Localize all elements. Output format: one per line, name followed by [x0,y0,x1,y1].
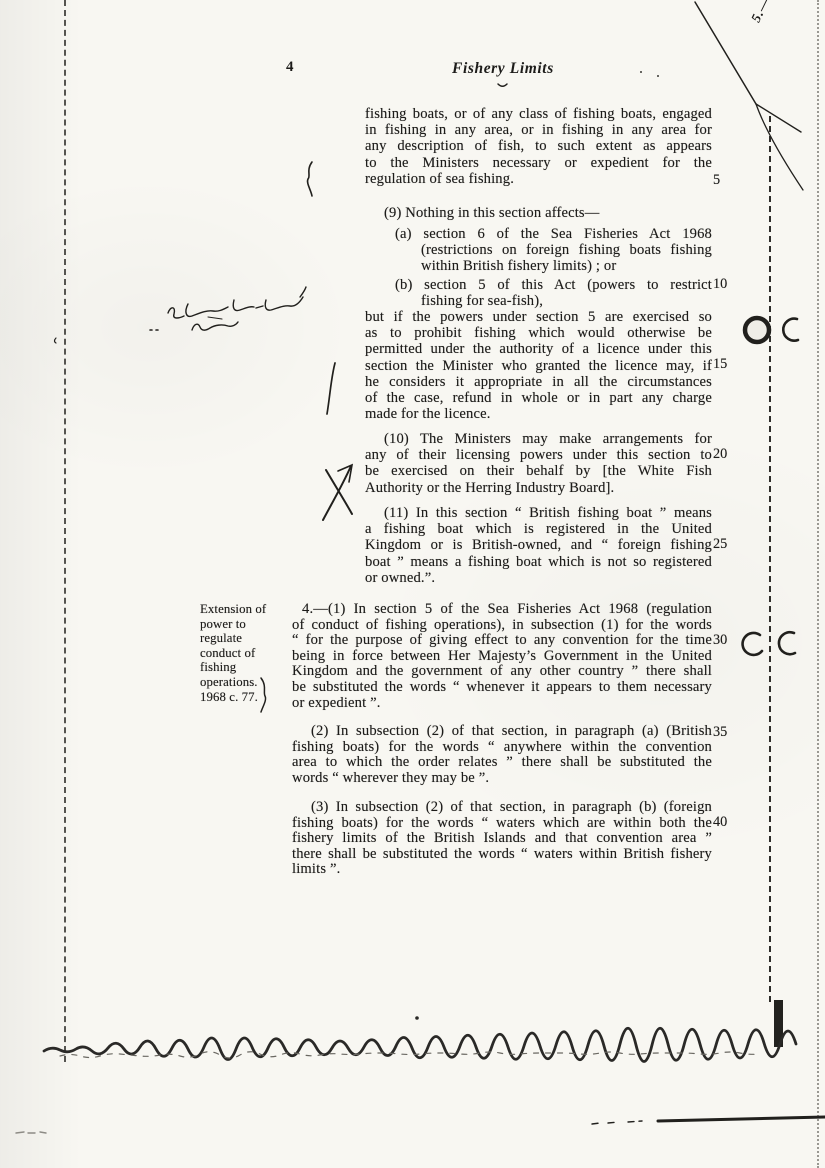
line-number-40: 40 [713,814,739,831]
paragraph-subsection-11: (11) In this section “ British fishing b… [365,505,712,586]
text-line: boat ” means a fishing boat which is not… [365,554,712,570]
text-line: he considers it appropriate in all the c… [365,374,712,390]
text-line: made for the licence. [365,406,712,422]
text-line: in fishing in any area, or in fishing in… [365,122,712,138]
text-line: operations. [200,675,282,690]
text-line: conduct of [200,646,282,661]
line-number-10: 10 [713,276,739,293]
text-line: words “ wherever they may be ”. [292,771,712,787]
text-line: but if the powers under section 5 are ex… [365,309,712,325]
handwriting-squiggle [55,287,307,343]
line-number-35: 35 [713,724,739,741]
paragraph-subsection-9-tail: but if the powers under section 5 are ex… [365,309,712,422]
corner-crease-line [695,2,756,104]
ink-speck [415,1016,419,1020]
text-line: regulate [200,631,282,646]
text-line: any description of fish, to such extent … [365,138,712,154]
text-line: any of their licensing powers under this… [365,447,712,463]
paragraph-subsection-9a: (a) section 6 of the Sea Fisheries Act 1… [395,226,712,275]
text-line: be substituted the words “ whenever it a… [292,680,712,696]
x-pen-mark [323,465,352,520]
slash-pen-mark [327,363,335,414]
text-line: of conduct of fishing operations), in su… [292,618,712,634]
text-line: (10) The Ministers may make arrangements… [365,431,712,447]
scan-dark-bar [774,1000,783,1047]
text-line: (a) section 6 of the Sea Fisheries Act 1… [395,226,712,242]
text-line: a fishing boat which is registered in th… [365,521,712,537]
faint-edge-dashes [16,1132,46,1133]
text-line: limits ”. [292,862,712,878]
text-line: be exercised on their behalf by [the Whi… [365,463,712,479]
text-line: as to prohibit fishing which would other… [365,325,712,341]
paragraph-section-4-3: (3) In subsection (2) of that section, i… [292,800,712,878]
text-line: fishing boats, or of any class of fishin… [365,106,712,122]
paragraph-section-4-1: 4.—(1) In section 5 of the Sea Fisheries… [292,602,712,711]
header-flourish [498,84,507,86]
bottom-right-line [658,1117,825,1121]
text-line: (restrictions on foreign fishing boats f… [395,242,712,258]
page-title: Fishery Limits [452,60,554,78]
text-line: fishing [200,660,282,675]
text-line: Extension of [200,602,282,617]
text-line: or owned.”. [365,570,712,586]
corner-page-marker: 5.—(1) [748,0,793,25]
line-number-25: 25 [713,536,739,553]
text-line: regulation of sea fishing. [365,171,712,187]
paragraph-section-4-2: (2) In subsection (2) of that section, i… [292,724,712,786]
line-number-15: 15 [713,356,739,373]
text-line: or expedient ”. [292,696,712,712]
text-line: (3) In subsection (2) of that section, i… [292,800,712,816]
text-line: fishing boats) for the words “ waters wh… [292,816,712,832]
text-line: Kingdom and the government of any other … [292,664,712,680]
fold-crease-line [769,116,771,1002]
text-line: fishery limits of the British Islands an… [292,831,712,847]
text-line: power to [200,617,282,632]
text-line: (b) section 5 of this Act (powers to res… [395,277,712,293]
torn-edge-line [44,1028,796,1061]
line-number-30: 30 [713,632,739,649]
paragraph-subsection-10: (10) The Ministers may make arrangements… [365,431,712,496]
text-line: 1968 c. 77. [200,690,282,705]
paragraph-subsection-9-intro: (9) Nothing in this section affects— [365,205,712,221]
scanned-statute-page: 4 Fishery Limits fishing boats, or of an… [0,0,825,1168]
text-line: Authority or the Herring Industry Board]… [365,480,712,496]
text-line: there shall be substituted the words “ w… [292,847,712,863]
text-line: being in force between Her Majesty’s Gov… [292,649,712,665]
text-line: within British fishery limits) ; or [395,258,712,274]
line-number-20: 20 [713,446,739,463]
text-line: (2) In subsection (2) of that section, i… [292,724,712,740]
line-number-5: 5 [713,172,739,189]
binding-edge-line [64,0,66,1062]
paragraph-subsection-9b: (b) section 5 of this Act (powers to res… [395,277,712,309]
text-line: fishing boats) for the words “ anywhere … [292,740,712,756]
text-line: (9) Nothing in this section affects— [365,205,712,221]
text-line: 4.—(1) In section 5 of the Sea Fisheries… [292,602,712,618]
text-line: (11) In this section “ British fishing b… [365,505,712,521]
text-line: area to which the order relates ” there … [292,755,712,771]
page-edge-line [817,0,819,1168]
text-line: to the Ministers necessary or expedient … [365,155,712,171]
text-line: Kingdom or is British-owned, and “ forei… [365,537,712,553]
text-line: permitted under the authority of a licen… [365,341,712,357]
text-line: fishing for sea-fish), [395,293,712,309]
marginal-note-section-4: Extension ofpower toregulateconduct offi… [200,602,282,704]
brace-pen-mark [308,162,312,196]
text-line: “ for the purpose of giving effect to an… [292,633,712,649]
text-line: section the Minister who granted the lic… [365,358,712,374]
text-line: of the case, refund in whole or in part … [365,390,712,406]
paragraph-subsection-8-end: fishing boats, or of any class of fishin… [365,106,712,187]
page-number: 4 [286,59,294,76]
